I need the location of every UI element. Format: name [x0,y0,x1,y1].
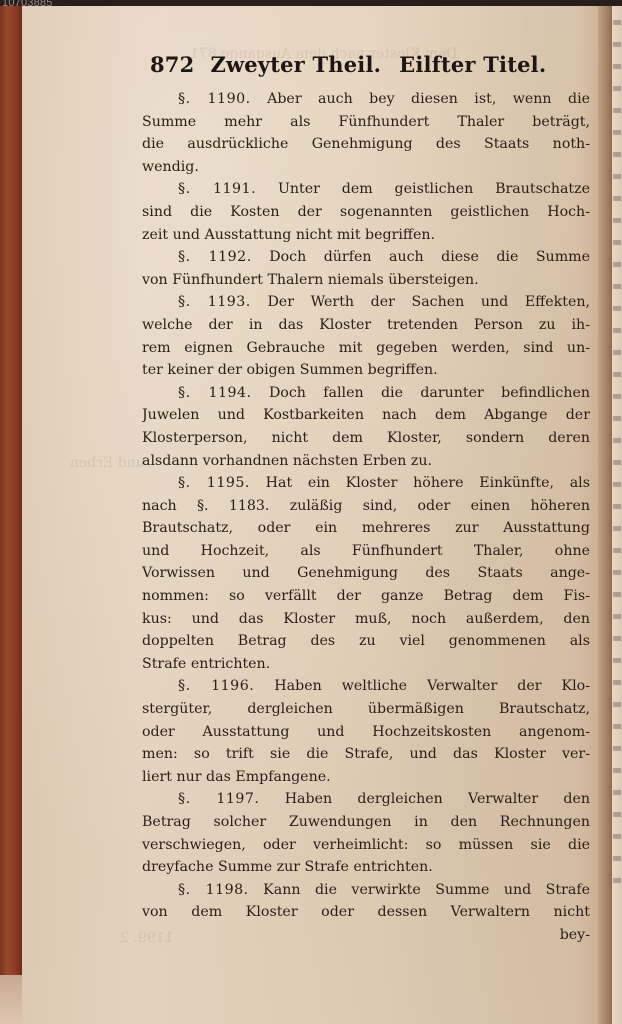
facing-page-text-marks [613,20,621,900]
paragraph-line: wendig. [142,156,590,179]
paragraph-line: kus: und das Kloster muß, noch außerdem,… [142,608,590,631]
paragraph-line: §. 1190. Aber auch bey diesen ist, wenn … [142,88,590,111]
paragraph-line: nach §. 1183. zuläßig sind, oder einen h… [142,495,590,518]
paragraph-1198: §. 1198. Kann die verwirkte Summe und St… [142,879,590,947]
scan-top-shadow [0,0,622,6]
paragraph-line: §. 1194. Doch fallen die darunter befind… [142,382,590,405]
book-binding-edge [0,0,22,975]
paragraph-line: zeit und Ausstattung nicht mit begriffen… [142,224,590,247]
paragraph-line: Klosterperson, nicht dem Kloster, sonder… [142,427,590,450]
paragraph-line: verschwiegen, oder verheimlicht: so müss… [142,834,590,857]
running-head-title: Eilfter Titel. [399,52,546,77]
section-number: §. 1193. [178,294,251,310]
paragraph-line: §. 1197. Haben dergleichen Verwalter den [142,788,590,811]
paragraph-line: von Fünfhundert Thalern niemals überstei… [142,269,590,292]
paragraph-line: §. 1192. Doch dürfen auch diese die Summ… [142,246,590,269]
paragraph-line: ter keiner der obigen Summen begriffen. [142,359,590,382]
paragraph-line: §. 1195. Hat ein Kloster höhere Einkünft… [142,472,590,495]
section-number: §. 1191. [178,181,256,197]
paragraph-line: alsdann vorhandnen nächsten Erben zu. [142,450,590,473]
paragraph-line: von dem Kloster oder dessen Verwaltern n… [142,901,590,924]
section-number: §. 1190. [178,91,251,107]
paragraph-1192: §. 1192. Doch dürfen auch diese die Summ… [142,246,590,291]
paragraph-line: rem eignen Gebrauche mit gegeben werden,… [142,337,590,360]
paragraph-line: men: so trift sie die Strafe, und das Kl… [142,743,590,766]
paragraph-line: stergüter, dergleichen übermäßigen Braut… [142,698,590,721]
section-number: §. 1196. [178,678,254,694]
page-number: 872 [150,52,194,77]
paragraph-line: Juwelen und Kostbarkeiten nach dem Abgan… [142,404,590,427]
paragraph-line: liert nur das Empfangene. [142,766,590,789]
section-number: §. 1198. [178,882,249,898]
paragraph-line: Strafe entrichten. [142,653,590,676]
paragraph-line: §. 1196. Haben weltliche Verwalter der K… [142,675,590,698]
paragraph-1191: §. 1191. Unter dem geistlichen Brautscha… [142,178,590,246]
paragraph-line: welche der in das Kloster tretenden Pers… [142,314,590,337]
paragraph-line: §. 1198. Kann die verwirkte Summe und St… [142,879,590,902]
running-head-part: Zweyter Theil. [210,52,381,77]
paragraph-line: §. 1193. Der Werth der Sachen und Effekt… [142,291,590,314]
section-number: §. 1192. [178,249,252,265]
paragraph-line: die ausdrückliche Genehmigung des Staats… [142,133,590,156]
paragraph-line: Betrag solcher Zuwendungen in den Rechnu… [142,811,590,834]
paragraph-line: nommen: so verfällt der ganze Betrag dem… [142,585,590,608]
book-page-scan: 10703885 Dem Kloster nach dem Ausgange 8… [0,0,622,1024]
paragraph-line: Vorwissen und Genehmigung des Staats ang… [142,562,590,585]
paragraph-1190: §. 1190. Aber auch bey diesen ist, wenn … [142,88,590,178]
page-gutter-shadow [598,4,612,1024]
paragraph-line: §. 1191. Unter dem geistlichen Brautscha… [142,178,590,201]
scan-id-label: 10703885 [2,0,53,9]
section-number: §. 1195. [178,475,250,491]
paragraph-line: dreyfache Summe zur Strafe entrichten. [142,856,590,879]
paragraph-line: doppelten Betrag des zu viel genommenen … [142,630,590,653]
page-text: 872 Zweyter Theil. Eilfter Titel. §. 119… [150,52,590,947]
paragraph-line: oder Ausstattung und Hochzeitskosten ang… [142,721,590,744]
section-number: §. 1197. [178,791,259,807]
catchword: bey- [142,924,590,947]
paragraph-line: Summe mehr als Fünfhundert Thaler beträg… [142,111,590,134]
paragraph-line: sind die Kosten der sogenannten geistlic… [142,201,590,224]
paragraph-line: Brautschatz, oder ein mehreres zur Ausst… [142,517,590,540]
running-head: 872 Zweyter Theil. Eilfter Titel. [150,52,590,88]
paragraph-1194: §. 1194. Doch fallen die darunter befind… [142,382,590,472]
show-through-text: und Erben [70,455,145,471]
paragraph-line: und Hochzeit, als Fünfhundert Thaler, oh… [142,540,590,563]
paragraph-1196: §. 1196. Haben weltliche Verwalter der K… [142,675,590,788]
paragraph-1197: §. 1197. Haben dergleichen Verwalter den… [142,788,590,878]
paragraph-1195: §. 1195. Hat ein Kloster höhere Einkünft… [142,472,590,675]
book-binding-bottom [0,975,22,1024]
paragraph-1193: §. 1193. Der Werth der Sachen und Effekt… [142,291,590,381]
section-number: §. 1194. [178,385,252,401]
